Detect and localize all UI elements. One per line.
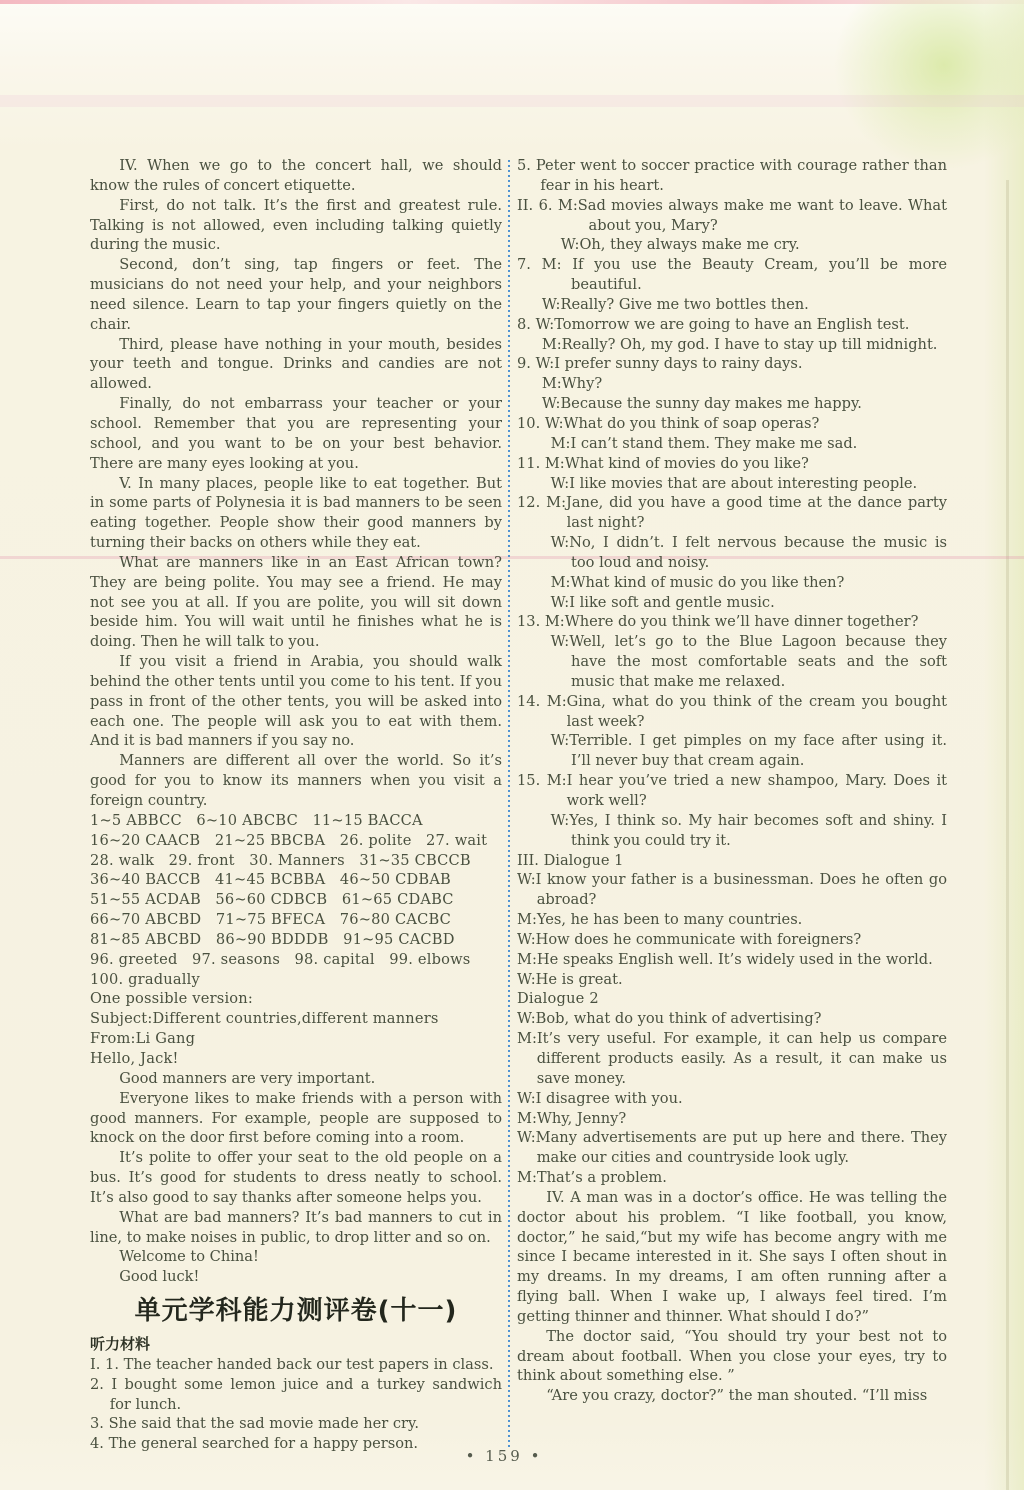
passage-line: V. In many places, people like to eat to… [90,474,502,553]
passage-line: Finally, do not embarrass your teacher o… [90,394,502,473]
listening-script-line: III. Dialogue 1 [517,851,947,871]
passage-line: Second, don’t sing, tap fingers or feet.… [90,255,502,334]
writing-sample-line: Subject:Different countries,different ma… [90,1009,502,1029]
listening-script-line: W:Well, let’s go to the Blue Lagoon beca… [551,632,947,692]
scan-right-tint [984,0,1024,1490]
passage-line: First, do not talk. It’s the first and g… [90,196,502,256]
answer-key-row: 28. walk 29. front 30. Manners 31~35 CBC… [90,851,502,871]
writing-sample-line: It’s polite to offer your seat to the ol… [90,1148,502,1208]
listening-script-line: W:I know your father is a businessman. D… [517,870,947,910]
listening-script-line: IV. A man was in a doctor’s office. He w… [517,1188,947,1327]
listening-script-line: M:He speaks English well. It’s widely us… [517,950,947,970]
listening-script-line: W:Many advertisements are put up here an… [517,1128,947,1168]
listening-script-line: The doctor said, “You should try your be… [517,1327,947,1387]
writing-sample-line: One possible version: [90,989,502,1009]
answer-key-row: 36~40 BACCB 41~45 BCBBA 46~50 CDBAB [90,870,502,890]
listening-script-line: W:How does he communicate with foreigner… [517,930,947,950]
listening-script-line: 9. W:I prefer sunny days to rainy days. [517,354,947,374]
listening-script-line: W:I disagree with you. [517,1089,947,1109]
writing-sample-line: Good luck! [90,1267,502,1287]
listening-script-line: W:I like movies that are about interesti… [551,474,947,494]
answer-key-row: 100. gradually [90,970,502,990]
listening-script-line: W:Really? Give me two bottles then. [542,295,947,315]
left-column: IV. When we go to the concert hall, we s… [90,156,502,1454]
listening-script-line: II. 6. M:Sad movies always make me want … [517,196,947,236]
listening-script-line: M:It’s very useful. For example, it can … [517,1029,947,1089]
listening-script-line: 7. M: If you use the Beauty Cream, you’l… [517,255,947,295]
book-page: IV. When we go to the concert hall, we s… [0,0,1024,1490]
listening-script-line: 12. M:Jane, did you have a good time at … [517,493,947,533]
passage-line: If you visit a friend in Arabia, you sho… [90,652,502,751]
scan-artifact-band [0,95,1024,107]
writing-sample-line: Hello, Jack! [90,1049,502,1069]
listening-script-line: 10. W:What do you think of soap operas? [517,414,947,434]
answer-key-row: 66~70 ABCBD 71~75 BFECA 76~80 CACBC [90,910,502,930]
passage-line: What are manners like in an East African… [90,553,502,652]
answer-key-row: 51~55 ACDAB 56~60 CDBCB 61~65 CDABC [90,890,502,910]
column-divider [508,160,510,1448]
writing-sample-line: From:Li Gang [90,1029,502,1049]
listening-script-line: W:No, I didn’t. I felt nervous because t… [551,533,947,573]
listening-script-line: M:Why, Jenny? [517,1109,947,1129]
listening-script-line: M:I can’t stand them. They make me sad. [551,434,947,454]
passage-line: IV. When we go to the concert hall, we s… [90,156,502,196]
listening-script-line: W:Because the sunny day makes me happy. [542,394,947,414]
listening-script-line: M:Yes, he has been to many countries. [517,910,947,930]
answer-key-row: 16~20 CAACB 21~25 BBCBA 26. polite 27. w… [90,831,502,851]
answer-key-row: 1~5 ABBCC 6~10 ABCBC 11~15 BACCA [90,811,502,831]
listening-script-line: W:Bob, what do you think of advertising? [517,1009,947,1029]
passage-line: Third, please have nothing in your mouth… [90,335,502,395]
listening-script-line: I. 1. The teacher handed back our test p… [90,1355,502,1375]
writing-sample-line: Good manners are very important. [90,1069,502,1089]
listening-script-line: M:Why? [542,374,947,394]
listening-script-line: W:Terrible. I get pimples on my face aft… [551,731,947,771]
listening-script-line: 5. Peter went to soccer practice with co… [517,156,947,196]
listening-script-line: 11. M:What kind of movies do you like? [517,454,947,474]
writing-sample-line: Everyone likes to make friends with a pe… [90,1089,502,1149]
listening-script-line: W:He is great. [517,970,947,990]
listening-script-line: W:I like soft and gentle music. [551,593,947,613]
answer-key-row: 96. greeted 97. seasons 98. capital 99. … [90,950,502,970]
listening-script-line: 8. W:Tomorrow we are going to have an En… [517,315,947,335]
page-edge-shadow [1006,180,1009,1490]
listening-script-line: W:Yes, I think so. My hair becomes soft … [551,811,947,851]
right-column: 5. Peter went to soccer practice with co… [517,156,947,1406]
listening-script-line: 14. M:Gina, what do you think of the cre… [517,692,947,732]
writing-sample-line: What are bad manners? It’s bad manners t… [90,1208,502,1248]
listening-script-line: M:Really? Oh, my god. I have to stay up … [542,335,947,355]
answer-key-row: 81~85 ABCBD 86~90 BDDDB 91~95 CACBD [90,930,502,950]
listening-script-line: 2. I bought some lemon juice and a turke… [90,1375,502,1415]
listening-script-line: 13. M:Where do you think we’ll have dinn… [517,612,947,632]
listening-script-line: Dialogue 2 [517,989,947,1009]
passage-line: Manners are different all over the world… [90,751,502,811]
listening-materials-heading: 听力材料 [90,1335,502,1355]
listening-script-line: M:What kind of music do you like then? [551,573,947,593]
page-number: • 159 • [90,1447,918,1465]
listening-script-line: W:Oh, they always make me cry. [561,235,947,255]
listening-script-line: 15. M:I hear you’ve tried a new shampoo,… [517,771,947,811]
section-title: 单元学科能力测评卷(十一) [90,1295,502,1328]
listening-script-line: M:That’s a problem. [517,1168,947,1188]
listening-script-line: “Are you crazy, doctor?” the man shouted… [517,1386,947,1406]
listening-script-line: 3. She said that the sad movie made her … [90,1414,502,1434]
writing-sample-line: Welcome to China! [90,1247,502,1267]
